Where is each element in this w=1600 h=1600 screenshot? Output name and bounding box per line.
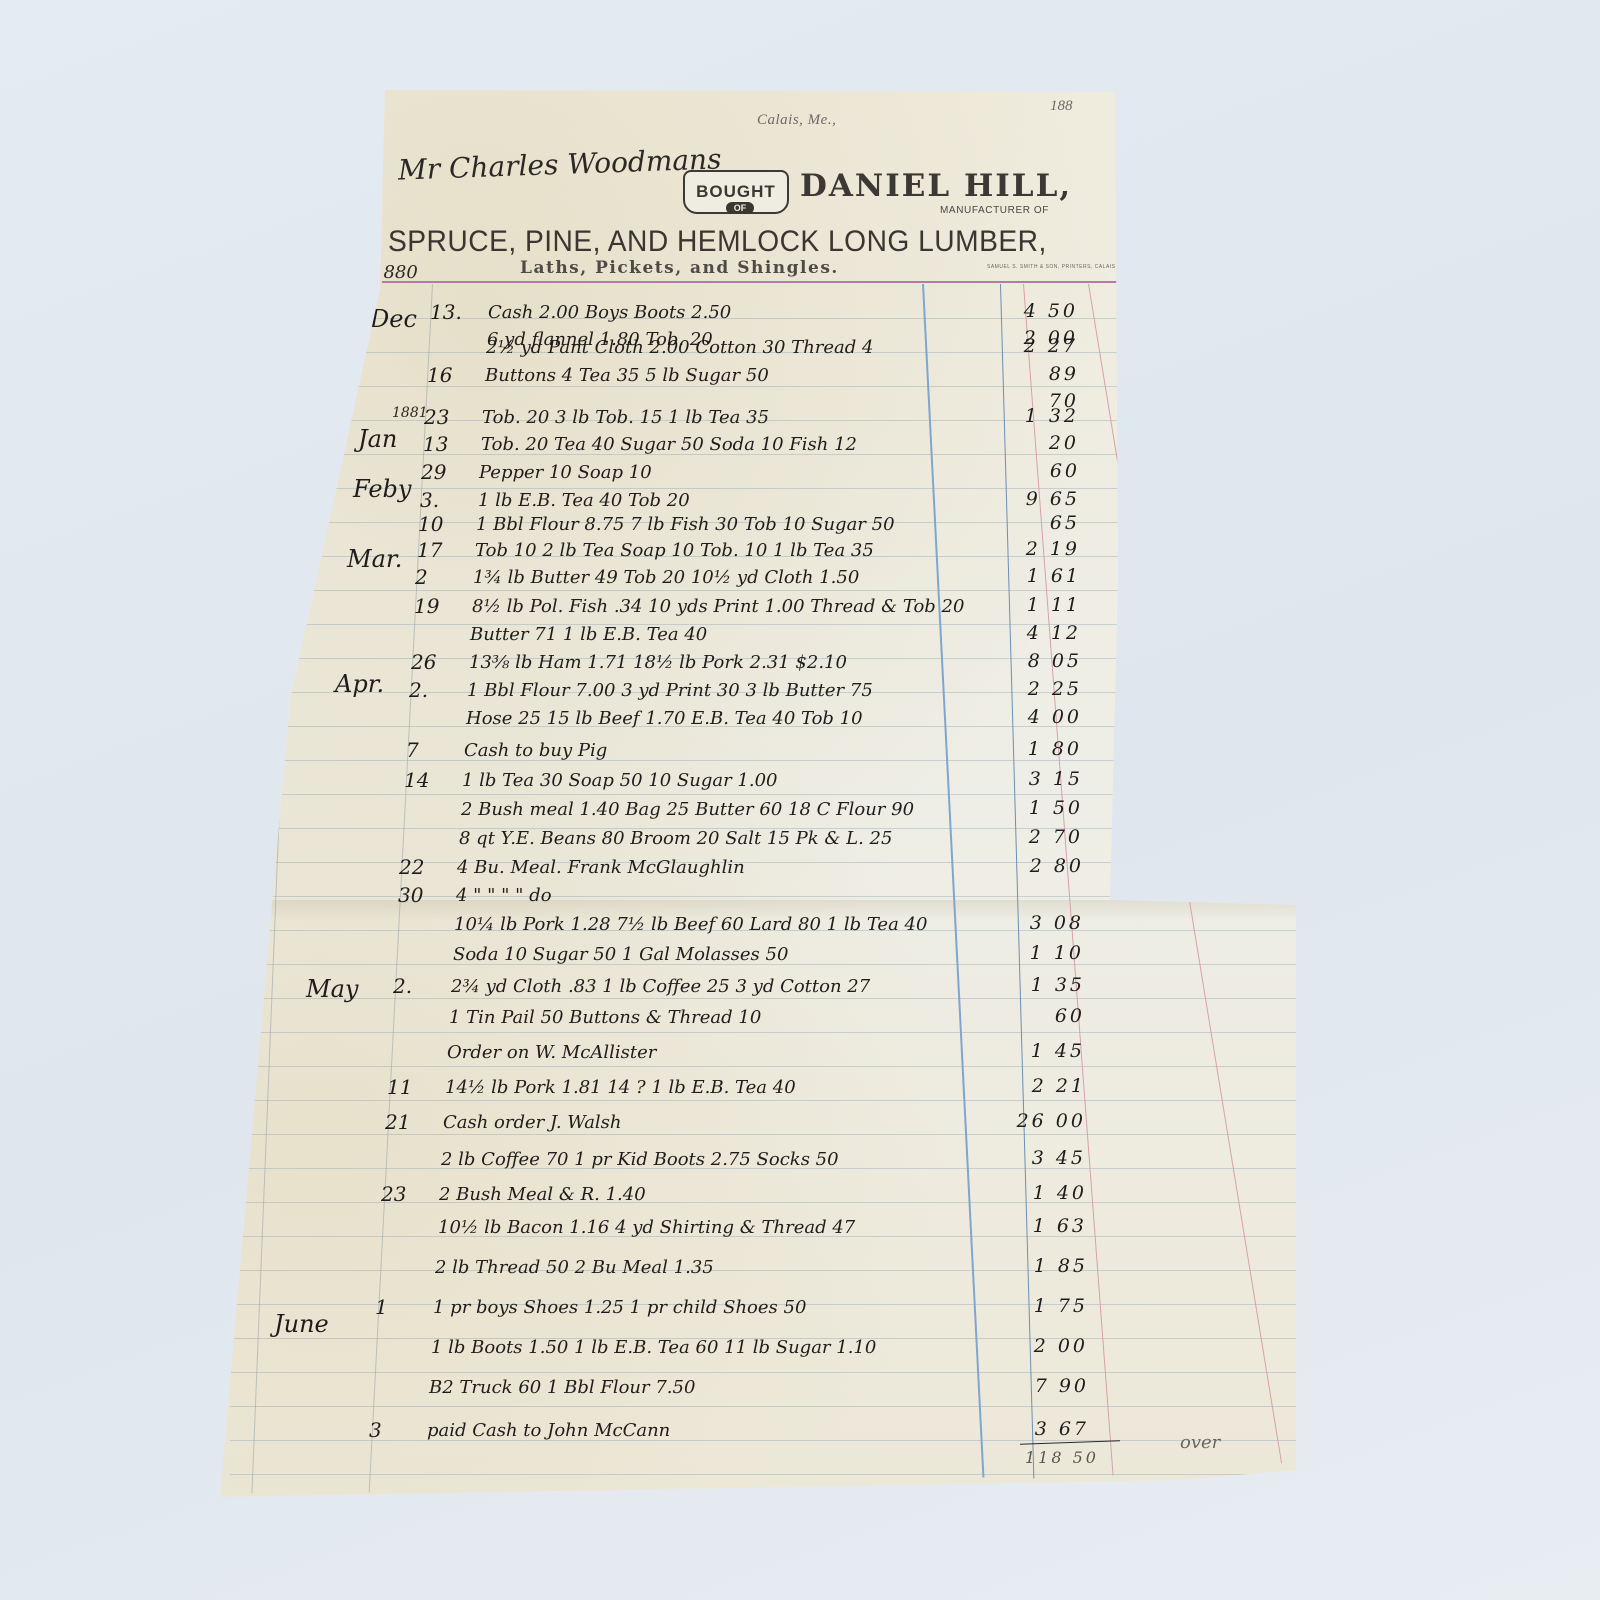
total-amount: 118 50 [1025,1448,1099,1467]
entry-day: 14 [404,768,429,792]
entry-day: 29 [421,460,446,484]
entry-day: 30 [398,883,423,907]
entry-amount: 1 35 [975,974,1085,996]
entry-description: Hose 25 15 lb Beef 1.70 E.B. Tea 40 Tob … [466,708,863,729]
entry-day: 19 [414,594,439,618]
entry-amount: 1 40 [977,1182,1087,1204]
printer-credit: SAMUEL S. SMITH & SON, PRINTERS, CALAIS [987,264,1116,270]
entry-amount: 4 00 [972,706,1082,728]
entry-amount: 26 00 [976,1110,1086,1132]
products-line: SPRUCE, PINE, AND HEMLOCK LONG LUMBER, [388,225,1047,259]
entry-amount: 3 45 [976,1147,1086,1169]
date-year-prefix: 188 [1050,98,1073,115]
entry-amount: 60 [975,1005,1085,1027]
entry-description: B2 Truck 60 1 Bbl Flour 7.50 [429,1377,695,1398]
entry-day: 16 [427,363,452,387]
entry-description: 1 lb Tea 30 Soap 50 10 Sugar 1.00 [462,770,778,791]
entry-amount: 3 08 [974,912,1084,934]
invoice-sheet: Calais, Me., 188 Mr Charles Woodmans BOU… [0,0,1600,1600]
entry-description: 4 Bu. Meal. Frank McGlaughlin [457,857,745,878]
entry-description: 8½ lb Pol. Fish .34 10 yds Print 1.00 Th… [472,596,964,617]
header-rule [382,281,1117,283]
entry-description: 2 lb Coffee 70 1 pr Kid Boots 2.75 Socks… [441,1149,839,1170]
entry-description: 2 Bush Meal & R. 1.40 [439,1184,646,1205]
entry-day: 26 [411,650,436,674]
entry-amount: 9 65 [970,488,1080,510]
entry-day: 23 [424,405,449,429]
entry-day: 7 [406,738,419,762]
entry-day: 10 [418,512,443,536]
entry-description: paid Cash to John McCann [427,1420,670,1441]
entry-description: 1 lb Boots 1.50 1 lb E.B. Tea 60 11 lb S… [431,1337,876,1358]
entry-amount: 2 80 [974,855,1084,877]
entry-description: Pepper 10 Soap 10 [479,462,652,483]
entry-description: Tob. 20 Tea 40 Sugar 50 Soda 10 Fish 12 [481,434,857,455]
entry-description: 2 lb Thread 50 2 Bu Meal 1.35 [435,1257,714,1278]
entry-description: 2¾ yd Cloth .83 1 lb Coffee 25 3 yd Cott… [451,976,870,997]
entry-amount: 1 75 [978,1295,1088,1317]
continued-over-note: over [1180,1432,1220,1453]
entry-amount: 1 32 [969,405,1079,427]
entry-amount: 3 67 [979,1418,1089,1440]
entry-day: 2. [393,974,412,998]
second-year: 1881 [392,405,428,421]
entry-amount: 2 70 [973,826,1083,848]
month-label: June [274,1310,329,1338]
entry-description: 8 qt Y.E. Beans 80 Broom 20 Salt 15 Pk &… [459,828,892,849]
entry-amount: 65 [970,512,1080,534]
entry-amount: 1 63 [977,1215,1087,1237]
month-label: Apr. [335,670,384,698]
entry-amount: 89 [969,363,1079,385]
entry-description: Cash to buy Pig [464,740,607,761]
entry-day: 2. [409,678,428,702]
month-label: Mar. [347,545,402,573]
month-label: Jan [358,425,397,453]
entry-amount: 2 00 [978,1335,1088,1357]
entry-description: Tob 10 2 lb Tea Soap 10 Tob. 10 1 lb Tea… [475,540,874,561]
entry-description: 4 " " " " do [456,885,552,906]
entry-day: 22 [399,855,424,879]
entry-day: 2 [415,565,428,589]
entry-description: 1 lb E.B. Tea 40 Tob 20 [478,490,690,511]
entry-description: 2 Bush meal 1.40 Bag 25 Butter 60 18 C F… [461,799,914,820]
month-label: May [306,975,358,1003]
entry-description: Soda 10 Sugar 50 1 Gal Molasses 50 [453,944,788,965]
entry-day: 13. [430,300,462,324]
entry-description: 1 pr boys Shoes 1.25 1 pr child Shoes 50 [433,1297,806,1318]
entry-amount: 2 19 [970,538,1080,560]
entry-amount: 4 50 [968,300,1078,322]
entry-description: 1¾ lb Butter 49 Tob 20 10½ yd Cloth 1.50 [473,567,859,588]
entry-day: 3 [369,1418,382,1442]
start-year: 1880 [372,262,418,283]
entry-day: 1 [375,1295,388,1319]
bought-label: BOUGHT [696,182,776,202]
entry-amount: 8 05 [972,650,1082,672]
entry-amount: 1 80 [972,738,1082,760]
entry-amount: 1 11 [971,594,1081,616]
entry-amount: 1 50 [973,797,1083,819]
entry-description: Butter 71 1 lb E.B. Tea 40 [470,624,707,645]
month-label: Dec [370,305,417,333]
entry-day: 13 [423,432,448,456]
entry-amount: 7 90 [979,1375,1089,1397]
entry-day: 3. [420,488,439,512]
entry-amount: 2 21 [976,1075,1086,1097]
entry-description: Cash order J. Walsh [443,1112,622,1133]
entry-description: 10½ lb Bacon 1.16 4 yd Shirting & Thread… [438,1217,855,1238]
entry-day: 11 [387,1075,412,1099]
entry-amount: 1 85 [978,1255,1088,1277]
entry-amount: 20 [969,432,1079,454]
entry-day: 17 [417,538,442,562]
entry-amount: 4 12 [971,622,1081,644]
entry-description: 13⅜ lb Ham 1.71 18½ lb Pork 2.31 $2.10 [469,652,847,673]
month-label: Feby [353,475,411,503]
entry-day: 21 [385,1110,410,1134]
entry-day: 23 [381,1182,406,1206]
entry-description: Tob. 20 3 lb Tob. 15 1 lb Tea 35 [482,407,769,428]
entry-description: 14½ lb Pork 1.81 14 ? 1 lb E.B. Tea 40 [445,1077,796,1098]
entry-description: 1 Bbl Flour 7.00 3 yd Print 30 3 lb Butt… [467,680,873,701]
entry-amount: 1 10 [974,942,1084,964]
place-line: Calais, Me., [757,112,836,129]
entry-description: Cash 2.00 Boys Boots 2.50 [488,302,731,323]
entry-description: Order on W. McAllister [447,1042,656,1063]
entry-description: 10¼ lb Pork 1.28 7½ lb Beef 60 Lard 80 1… [454,914,927,935]
manufacturer-of-label: MANUFACTURER OF [940,205,1049,216]
entry-description: 2½ yd Pant Cloth 2.00 Cotton 30 Thread 4 [486,337,873,358]
entry-description: Buttons 4 Tea 35 5 lb Sugar 50 [485,365,769,386]
entry-description: 1 Bbl Flour 8.75 7 lb Fish 30 Tob 10 Sug… [476,514,895,535]
entry-amount: 2 25 [972,678,1082,700]
company-name: DANIEL HILL, [800,168,1072,204]
subproducts-line: Laths, Pickets, and Shingles. [520,258,839,278]
of-label: OF [726,202,754,214]
entry-amount: 2 27 [968,335,1078,357]
entry-amount: 60 [970,460,1080,482]
entry-amount: 3 15 [973,768,1083,790]
entry-amount: 1 45 [975,1040,1085,1062]
entry-amount: 1 61 [971,565,1081,587]
entry-description: 1 Tin Pail 50 Buttons & Thread 10 [449,1007,761,1028]
